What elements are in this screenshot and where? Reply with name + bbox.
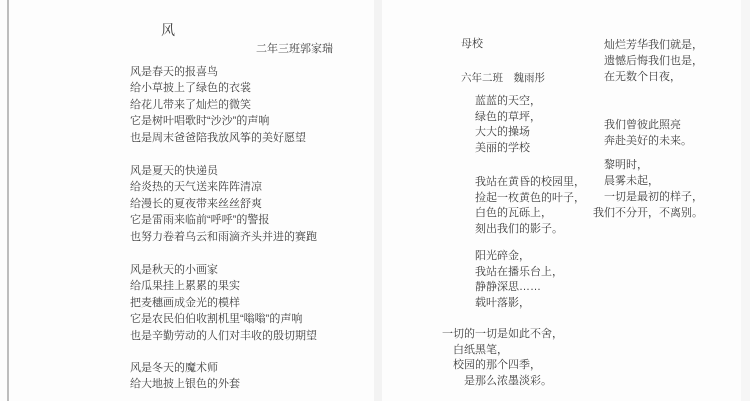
alma-mater-right-stanza-1: 灿烂芳华我们就是， 遗憾后悔我们也是， 在无数个日夜，	[593, 37, 703, 85]
poem-line: 黎明时，	[593, 157, 703, 173]
poem-line: 给大地披上银色的外套	[130, 376, 240, 392]
poem-line: 风是秋天的小画家	[130, 262, 317, 278]
alma-mater-stanza-3: 阳光碎金， 我站在播乐台上， 静静深思…… 载叶落影，	[442, 249, 563, 311]
document-canvas: 风 二年三班郭家瑞 风是春天的报喜鸟给小草披上了绿色的衣裳给花儿带来了灿烂的微笑…	[0, 0, 750, 401]
poem-line: 也是辛勤劳动的人们对丰收的殷切期望	[130, 328, 317, 344]
poem-line: 大大的操场	[442, 125, 541, 141]
poem-line: 晨雾未起，	[593, 173, 703, 189]
poem-line: 给花儿带来了灿烂的微笑	[130, 97, 306, 113]
poem-line: 蓝蓝的天空，	[442, 94, 541, 110]
poem-line: 我们曾彼此照亮	[593, 117, 692, 133]
poem-line: 风是夏天的快递员	[130, 163, 317, 179]
poem-line: 给炎热的天气送来阵阵清凉	[130, 179, 317, 195]
poem-line: 它是雷雨来临前“呼呼”的警报	[130, 212, 317, 228]
poem-line: 给漫长的夏夜带来丝丝舒爽	[130, 196, 317, 212]
poem-line: 也努力卷着乌云和雨滴齐头并进的赛跑	[130, 229, 317, 245]
alma-mater-stanza-2: 我站在黄昏的校园里， 捡起一枚黄色的叶子， 白色的瓦砾上， 刻出我们的影子。	[442, 175, 585, 237]
poem-line: 风是春天的报喜鸟	[130, 64, 306, 80]
poem-line: 在无数个日夜，	[593, 69, 703, 85]
poem-line: 是那么浓墨淡彩。	[442, 374, 563, 390]
poem-line: 我站在黄昏的校园里，	[442, 175, 585, 191]
poem-line: 捡起一枚黄色的叶子，	[442, 191, 585, 207]
poem-line: 刻出我们的影子。	[442, 222, 585, 238]
right-page-edge	[741, 0, 750, 401]
poem-line: 把麦穗画成金光的模样	[130, 295, 317, 311]
poem-line: 校园的那个四季，	[442, 358, 563, 374]
wind-stanza-autumn: 风是秋天的小画家给瓜果挂上累累的果实把麦穗画成金光的模样它是农民伯伯收割机里“嗡…	[130, 262, 317, 344]
poem-line: 绿色的草坪，	[442, 110, 541, 126]
alma-mater-stanza-4: 一切的一切是如此不舍， 白纸黑笔， 校园的那个四季， 是那么浓墨淡彩。	[442, 327, 563, 389]
alma-mater-right-stanza-2: 我们曾彼此照亮 奔赴美好的未来。	[593, 117, 692, 149]
poem-line: 一切是最初的样子，	[593, 189, 703, 205]
poem-line: 我们不分开，不离别。	[593, 205, 703, 221]
poem-line: 它是农民伯伯收割机里“嗡嗡”的声响	[130, 311, 317, 327]
poem-line: 给小草披上了绿色的衣裳	[130, 80, 306, 96]
alma-mater-stanza-1: 蓝蓝的天空， 绿色的草坪， 大大的操场 美丽的学校	[442, 94, 541, 156]
page-gap	[374, 0, 382, 401]
poem-line: 白纸黑笔，	[442, 343, 563, 359]
wind-stanza-winter: 风是冬天的魔术师给大地披上银色的外套	[130, 360, 240, 393]
poem-line: 也是周末爸爸陪我放风筝的美好愿望	[130, 130, 306, 146]
poem-line: 奔赴美好的未来。	[593, 133, 692, 149]
poem-line: 美丽的学校	[442, 141, 541, 157]
poem-line: 载叶落影，	[442, 296, 563, 312]
poem-line: 遗憾后悔我们也是，	[593, 53, 703, 69]
poem-title-alma-mater: 母校	[461, 35, 483, 51]
poem-line: 我站在播乐台上，	[442, 265, 563, 281]
wind-stanza-spring: 风是春天的报喜鸟给小草披上了绿色的衣裳给花儿带来了灿烂的微笑它是树叶唱歌时“沙沙…	[130, 64, 306, 146]
poem-line: 静静深思……	[442, 280, 563, 296]
poem-line: 灿烂芳华我们就是，	[593, 37, 703, 53]
poem-line: 阳光碎金，	[442, 249, 563, 265]
poem-line: 白色的瓦砾上，	[442, 206, 585, 222]
alma-mater-right-stanza-3: 黎明时， 晨雾未起， 一切是最初的样子，我们不分开，不离别。	[593, 157, 703, 221]
poem-line: 风是冬天的魔术师	[130, 360, 240, 376]
poem-line: 一切的一切是如此不舍，	[442, 327, 563, 343]
poem-line: 它是树叶唱歌时“沙沙”的声响	[130, 113, 306, 129]
poem-author-alma-mater: 六年二班 魏雨彤	[461, 70, 545, 85]
page-1[interactable]: 风 二年三班郭家瑞 风是春天的报喜鸟给小草披上了绿色的衣裳给花儿带来了灿烂的微笑…	[9, 0, 374, 401]
poem-title-wind: 风	[161, 22, 175, 38]
wind-stanza-summer: 风是夏天的快递员给炎热的天气送来阵阵清凉给漫长的夏夜带来丝丝舒爽它是雷雨来临前“…	[130, 163, 317, 245]
page-2[interactable]: 母校 六年二班 魏雨彤 蓝蓝的天空， 绿色的草坪， 大大的操场 美丽的学校 我站…	[382, 0, 741, 401]
poem-author-wind: 二年三班郭家瑞	[200, 40, 333, 56]
poem-line: 给瓜果挂上累累的果实	[130, 278, 317, 294]
